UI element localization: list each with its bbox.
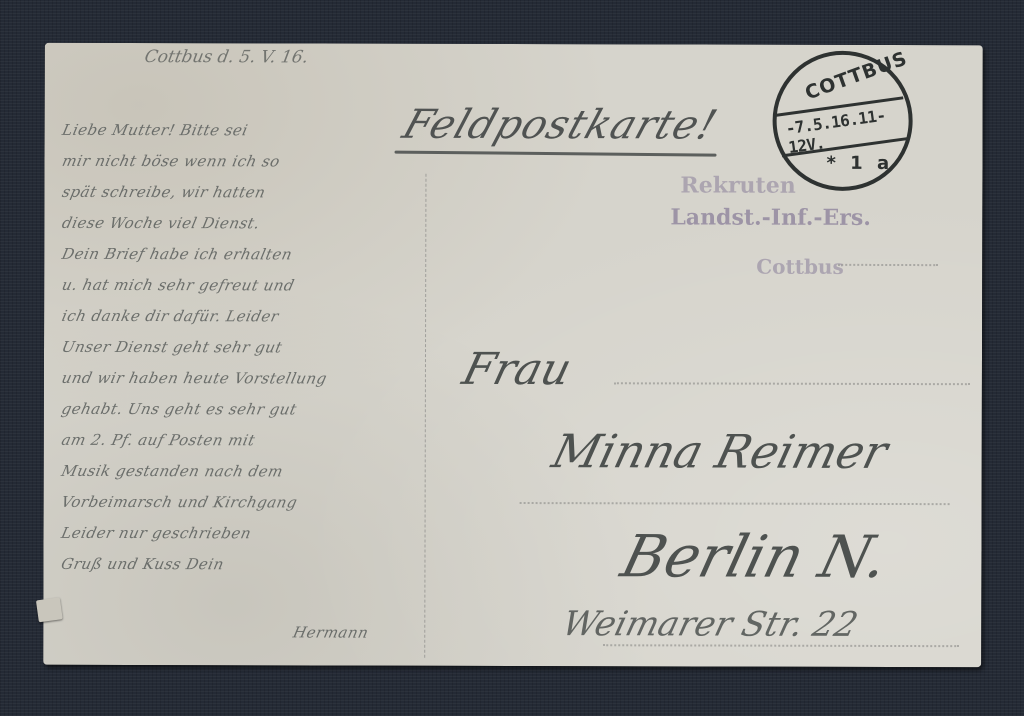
message-line: u. hat mich sehr gefreut und — [60, 276, 296, 295]
feldpost-postcard: Cottbus d. 5. V. 16. Feldpostkarte! COTT… — [43, 43, 983, 667]
postcard-type-heading: Feldpostkarte! — [397, 102, 723, 149]
postmark-code: * 1 a — [826, 153, 893, 174]
message-line: Musik gestanden nach dem — [60, 462, 285, 481]
message-line: Dein Brief habe ich erhalten — [60, 245, 294, 264]
message-signature: Hermann — [291, 623, 370, 641]
address-name: Minna Reimer — [547, 424, 893, 479]
message-line: Gruß und Kuss Dein — [60, 555, 226, 573]
message-line: Leider nur geschrieben — [60, 524, 253, 542]
message-line: gehabt. Uns geht es sehr gut — [60, 400, 299, 419]
message-address-divider — [424, 174, 426, 658]
message-line: spät schreibe, wir hatten — [60, 183, 267, 202]
message-line: ich danke dir dafür. Leider — [60, 307, 280, 326]
heading-underline — [395, 151, 717, 157]
torn-corner — [36, 597, 63, 622]
message-line: diese Woche viel Dienst. — [60, 214, 261, 233]
address-line-2 — [614, 382, 970, 385]
address-street: Weimarer Str. 22 — [558, 604, 862, 645]
message-line: Vorbeimarsch und Kirchgang — [60, 493, 299, 512]
place-date-line: Cottbus d. 5. V. 16. — [143, 47, 310, 67]
address-salutation: Frau — [458, 344, 577, 395]
postmark-city: COTTBUS — [802, 47, 910, 104]
message-line: Unser Dienst geht sehr gut — [60, 338, 284, 357]
message-line: und wir haben heute Vorstellung — [60, 369, 329, 388]
unit-stamp-line2: Landst.-Inf.-Ers. — [670, 204, 871, 231]
postmark-cancellation: COTTBUS -7.5.16.11-12V. * 1 a — [772, 51, 912, 191]
message-line: mir nicht böse wenn ich so — [61, 152, 282, 171]
address-line-1 — [838, 264, 938, 266]
address-city: Berlin N. — [615, 522, 895, 591]
message-line: Liebe Mutter! Bitte sei — [61, 121, 250, 139]
unit-stamp-line3: Cottbus — [756, 255, 844, 279]
unit-stamp-line1: Rekruten — [680, 172, 795, 198]
message-line: am 2. Pf. auf Posten mit — [60, 431, 257, 449]
address-line-3 — [520, 502, 950, 505]
